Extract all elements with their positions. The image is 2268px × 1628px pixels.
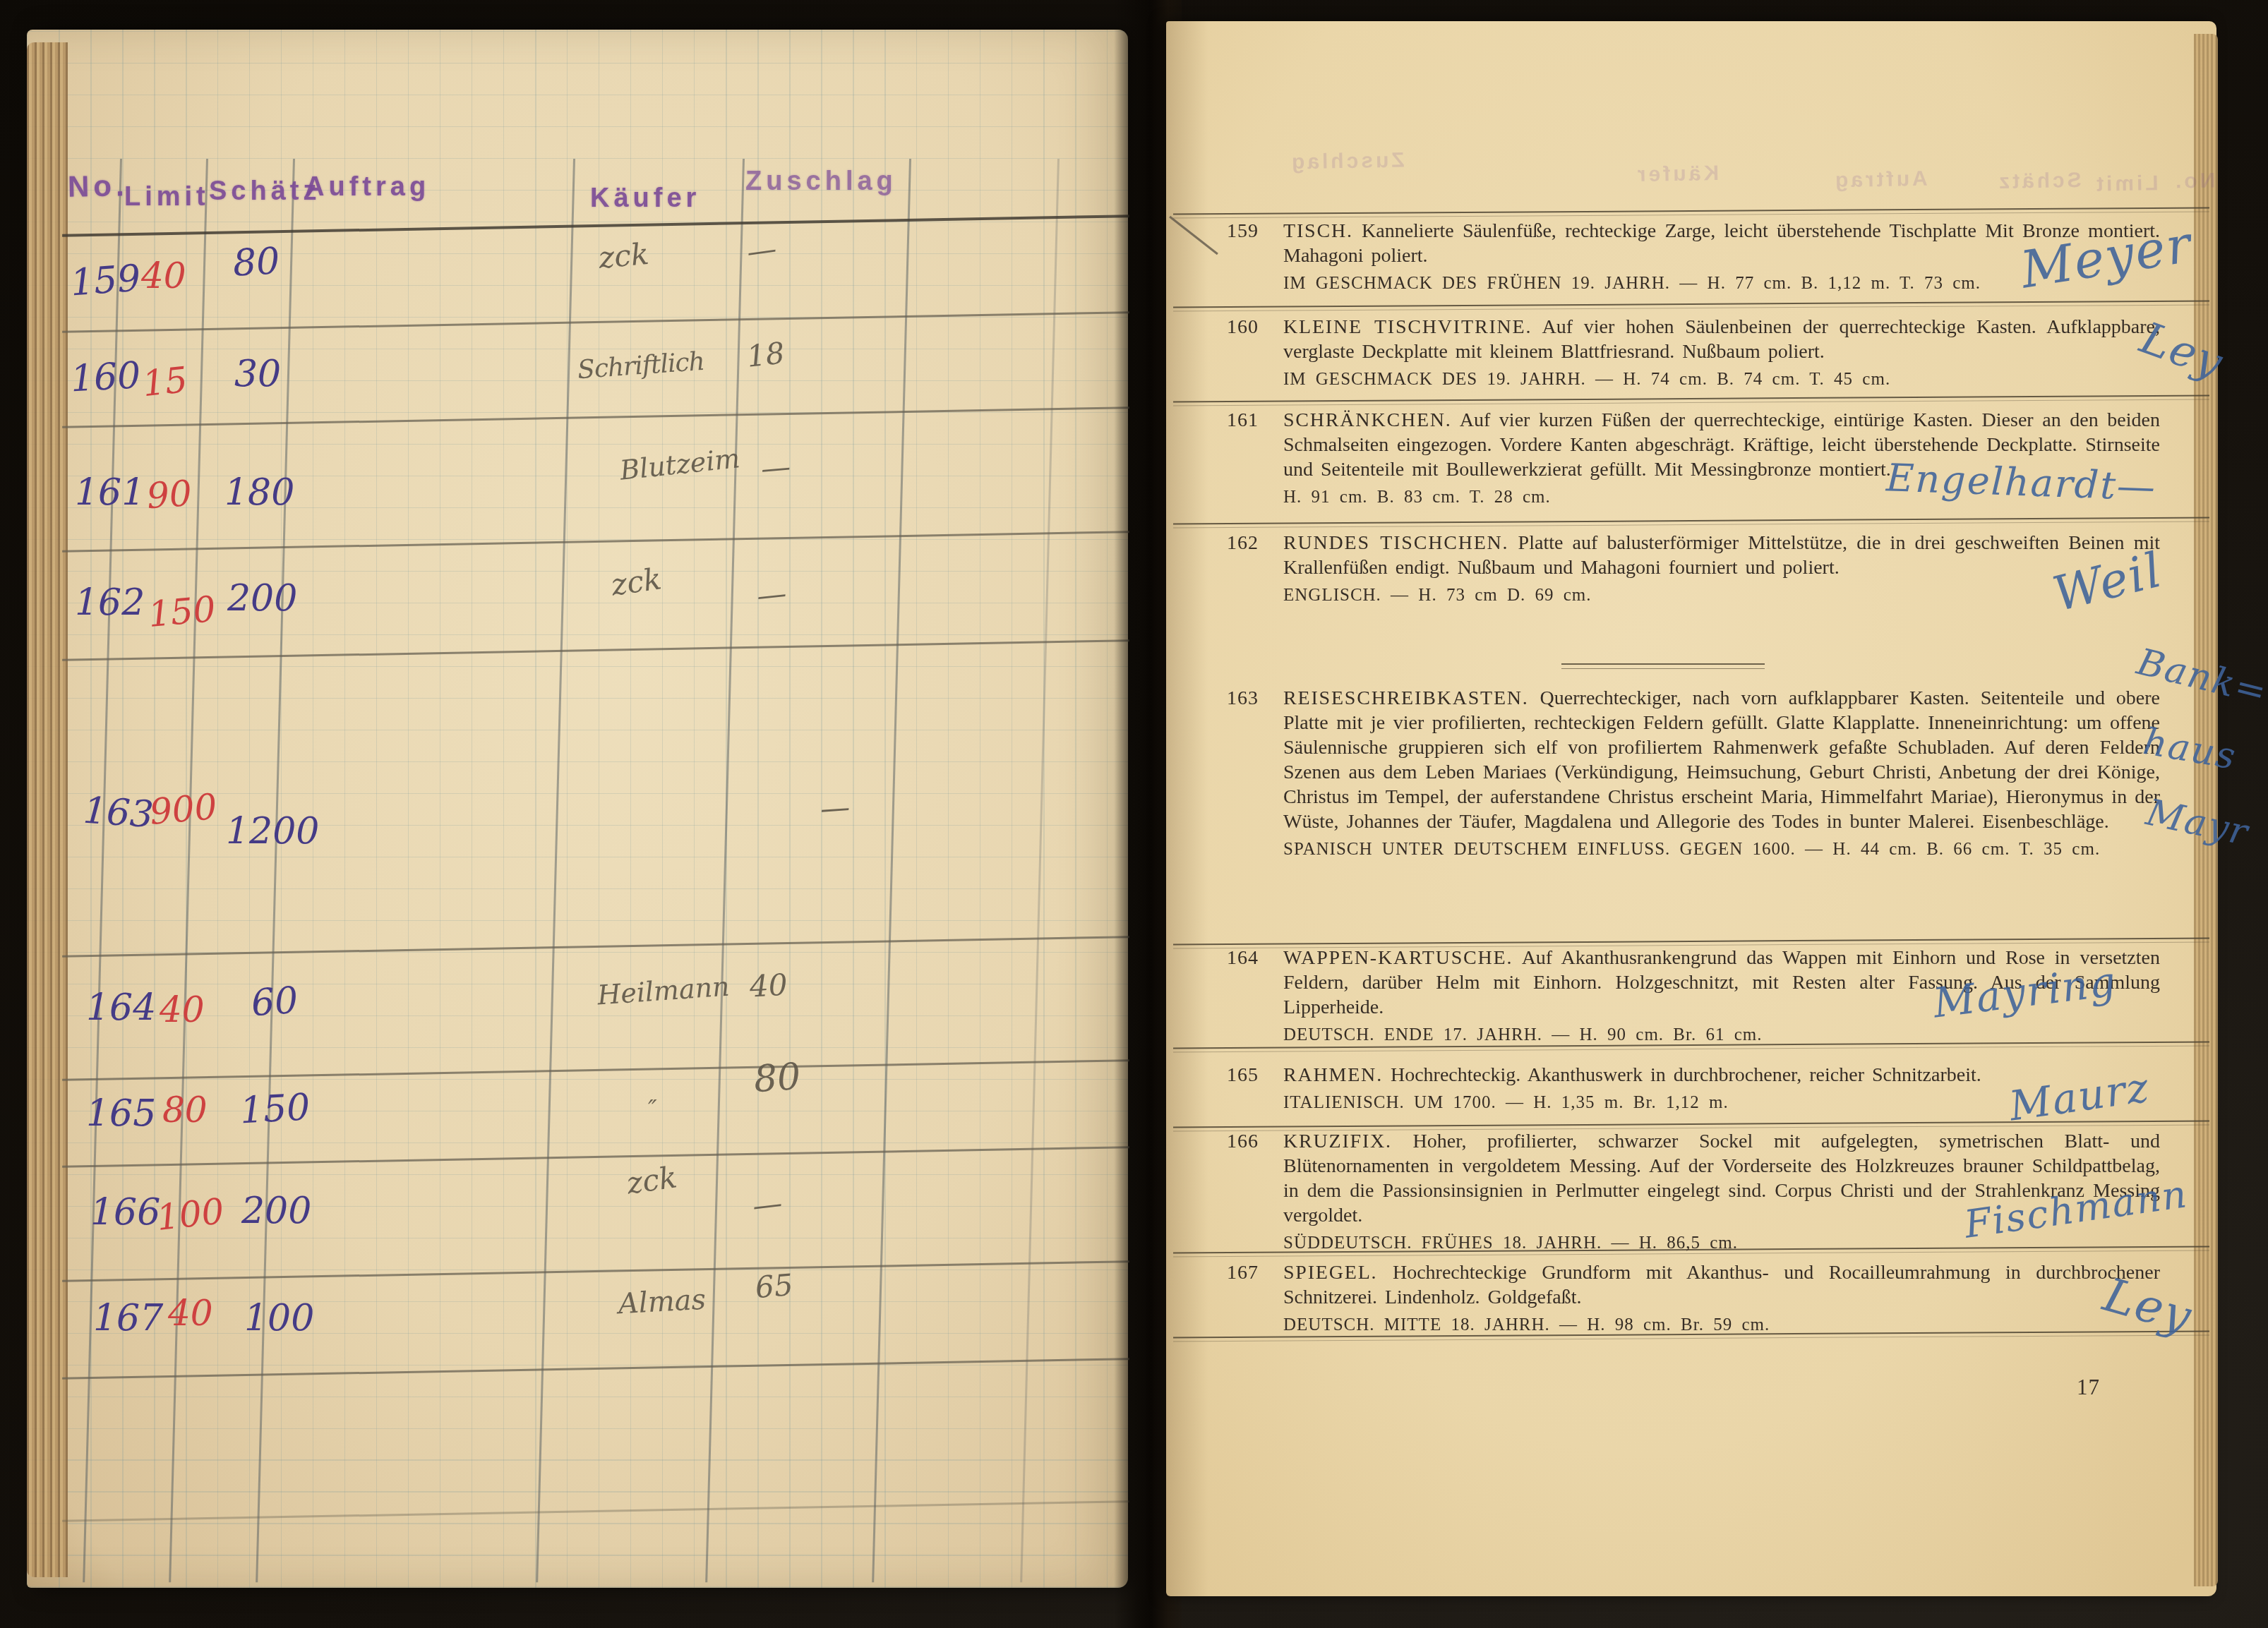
ledger-cell-schaetz: 150 [239,1086,311,1132]
ledger-cell-no: 160 [69,354,141,400]
ledger-cell-zuschlag: — [755,576,788,613]
lot-number: 163 [1227,686,1259,711]
header-schaetz: Schätz [209,176,320,207]
ledger-cell-schaetz: 1200 [226,810,319,852]
lot-title: REISESCHREIBKASTEN. [1283,687,1529,709]
header-auftrag: Auftrag [305,172,430,203]
lot-title: KRUZIFIX. [1283,1130,1392,1152]
ledger-cell-zuschlag: 40 [749,967,788,1004]
lot-number: 166 [1227,1129,1259,1154]
ledger-cell-zuschlag: — [750,1186,784,1224]
ledger-cell-schaetz: 60 [250,979,299,1025]
lot-dimensions: SPANISCH UNTER DEUTSCHEM EINFLUSS. GEGEN… [1227,837,2160,862]
lot-number: 165 [1227,1063,1259,1087]
ledger-cell-kaeufer: Almas [618,1284,707,1320]
ledger-cell-zuschlag: — [760,449,792,486]
lot-number: 164 [1227,946,1259,970]
header-kaeufer: Käufer [590,183,700,214]
ghost-text: Auftrag [1832,167,1928,193]
lot-title: RUNDES TISCHCHEN. [1283,532,1508,554]
lot-dimensions: DEUTSCH. MITTE 18. JAHRH. — H. 98 cm. Br… [1227,1313,2160,1337]
ledger-cell-schaetz: 100 [244,1297,314,1339]
header-no: No. [68,169,128,203]
lot-dimensions: ENGLISCH. — H. 73 cm D. 69 cm. [1227,583,2160,608]
lot-number: 159 [1227,219,1259,243]
ledger-cell-no: 162 [75,581,145,624]
ledger-cell-limit: 900 [148,786,219,833]
lot-body: Hochrechteckige Grundform mit Akanthus- … [1283,1262,2160,1308]
ledger-cell-no: 165 [86,1092,156,1135]
ledger-cell-schaetz: 180 [224,471,294,514]
lot-number: 160 [1227,315,1259,339]
page-number: 17 [2077,1375,2100,1400]
ledger-cell-limit: 15 [140,359,189,404]
catalog-entry-163: 163 REISESCHREIBKASTEN. Querrechteckiger… [1227,686,2160,862]
lot-title: TISCH. [1283,220,1353,242]
ledger-cell-limit: 40 [141,255,186,296]
lot-number: 161 [1227,408,1259,433]
catalog-entry-167: 167 SPIEGEL. Hochrechteckige Grundform m… [1227,1260,2160,1337]
ghost-text: Zuschlag [1289,149,1405,175]
lot-title: RAHMEN. [1283,1064,1383,1086]
ledger-cell-limit: 40 [168,1293,213,1334]
lot-title: KLEINE TISCHVITRINE. [1283,316,1532,338]
ledger-cell-zuschlag: 65 [754,1267,795,1305]
ledger-cell-zuschlag: — [745,231,779,269]
catalog-entry-160: 160 KLEINE TISCHVITRINE. Auf vier hohen … [1227,315,2160,392]
lot-number: 167 [1227,1260,1259,1285]
lot-title: WAPPEN-KARTUSCHE. [1283,947,1513,969]
ledger-cell-no: 167 [93,1297,163,1339]
header-zuschlag: Zuschlag [745,167,897,197]
ledger-cell-no: 164 [86,987,156,1029]
catalog-entry-162: 162 RUNDES TISCHCHEN. Platte auf baluste… [1227,531,2160,608]
ledger-cell-schaetz: 200 [241,1190,311,1232]
ghost-text: No. [2173,169,2216,193]
ledger-cell-zuschlag: — [819,790,851,826]
ledger-cell-kaeufer-ditto: ″ [648,1095,657,1123]
book-fore-edge [27,42,68,1577]
ghost-text: Käufer [1635,162,1720,187]
lot-body: Hochrechteckig. Akanthuswerk in durchbro… [1391,1064,1981,1086]
open-auction-ledger-photo: No. Limit Schätz Auftrag Käufer Zuschlag… [0,0,2268,1628]
ledger-cell-limit: 90 [145,473,193,517]
ledger-cell-limit: 150 [147,589,217,635]
ledger-cell-kaeufer: zck [625,1159,679,1200]
lot-number: 162 [1227,531,1259,555]
margin-annotation-161: Engelhardt— [1885,455,2157,509]
header-limit: Limit [124,182,210,212]
lot-dimensions: DEUTSCH. ENDE 17. JAHRH. — H. 90 cm. Br.… [1227,1023,2160,1047]
ledger-cell-kaeufer: zck [609,561,664,602]
entry-separator-short [1561,663,1765,669]
ledger-cell-kaeufer: zck [597,236,650,275]
ledger-cell-no: 159 [69,258,142,305]
ledger-cell-no: 166 [90,1191,160,1234]
lot-title: SPIEGEL. [1283,1262,1377,1284]
ledger-cell-limit: 80 [162,1090,208,1130]
ledger-cell-limit: 100 [155,1190,226,1238]
ledger-cell-schaetz: 200 [227,577,297,620]
ledger-cell-schaetz: 30 [234,353,281,395]
ledger-cell-schaetz: 80 [232,240,280,284]
ledger-cell-zuschlag: 80 [752,1056,802,1101]
ledger-cell-no: 163 [82,790,155,837]
ledger-cell-zuschlag: 18 [745,335,786,373]
lot-title: SCHRÄNKCHEN. [1283,409,1452,431]
lot-dimensions: IM GESCHMACK DES 19. JAHRH. — H. 74 cm. … [1227,367,2160,392]
lot-dimensions: IM GESCHMACK DES FRÜHEN 19. JAHRH. — H. … [1227,271,2160,296]
ghost-text: Schätz [1996,169,2082,194]
ledger-cell-limit: 40 [160,989,205,1030]
ledger-cell-no: 161 [75,471,145,514]
ghost-text: Limit [2094,171,2159,197]
